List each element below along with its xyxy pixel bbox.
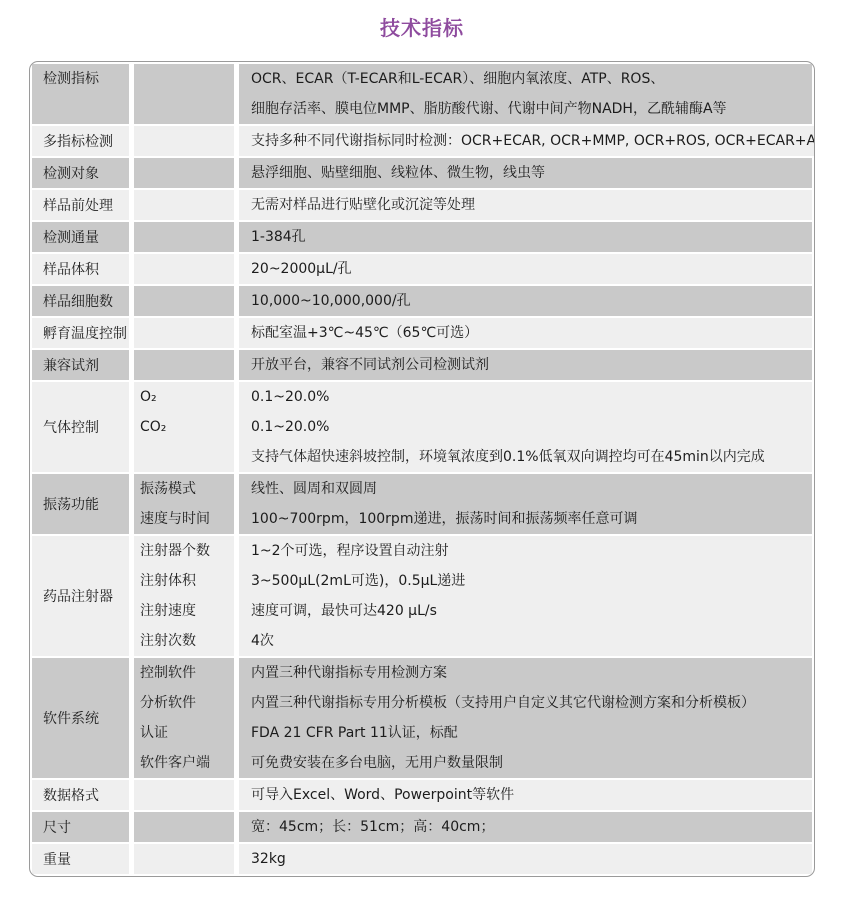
spec-row: 样品体积20~2000μL/孔 (32, 254, 812, 284)
spec-sublabel: 注射次数 (140, 626, 234, 656)
spec-value: OCR、ECAR（T-ECAR和L-ECAR）、细胞内氧浓度、ATP、ROS、 (251, 64, 812, 94)
spec-value-cell: 无需对样品进行贴壁化或沉淀等处理 (239, 190, 812, 220)
spec-table: 检测指标OCR、ECAR（T-ECAR和L-ECAR）、细胞内氧浓度、ATP、R… (29, 61, 815, 877)
spec-value: 0.1~20.0% (251, 412, 812, 442)
spec-value: 20~2000μL/孔 (251, 254, 812, 284)
spec-subcell: 控制软件分析软件认证软件客户端 (134, 658, 234, 778)
spec-row: 多指标检测支持多种不同代谢指标同时检测：OCR+ECAR, OCR+MMP, O… (32, 126, 812, 156)
spec-sublabel (140, 812, 234, 842)
spec-value: 10,000~10,000,000/孔 (251, 286, 812, 316)
spec-label: 兼容试剂 (43, 355, 99, 375)
spec-value: 4次 (251, 626, 812, 656)
spec-value-cell: 线性、圆周和双圆周100~700rpm，100rpm递进，振荡时间和振荡频率任意… (239, 474, 812, 534)
spec-sublabel: 认证 (140, 718, 234, 748)
spec-value: 线性、圆周和双圆周 (251, 474, 812, 504)
spec-subcell (134, 190, 234, 220)
spec-sublabel (140, 126, 234, 156)
spec-label: 药品注射器 (43, 586, 113, 606)
spec-row: 振荡功能振荡模式速度与时间线性、圆周和双圆周100~700rpm，100rpm递… (32, 474, 812, 534)
spec-value: 悬浮细胞、贴壁细胞、线粒体、微生物，线虫等 (251, 158, 812, 188)
spec-sublabel (140, 318, 234, 348)
spec-label: 样品细胞数 (43, 291, 113, 311)
spec-value-cell: OCR、ECAR（T-ECAR和L-ECAR）、细胞内氧浓度、ATP、ROS、细… (239, 64, 812, 124)
spec-label: 软件系统 (43, 708, 99, 728)
spec-label-cell: 孵育温度控制 (32, 318, 129, 348)
spec-label: 检测指标 (43, 64, 99, 94)
spec-row: 气体控制O₂CO₂0.1~20.0%0.1~20.0%支持气体超快速斜坡控制，环… (32, 382, 812, 472)
spec-sublabel (140, 780, 234, 810)
spec-sublabel (140, 442, 234, 472)
spec-sublabel: 注射体积 (140, 566, 234, 596)
spec-value-cell: 1~2个可选，程序设置自动注射3~500μL(2mL可选)，0.5μL递进速度可… (239, 536, 812, 656)
spec-label: 检测通量 (43, 227, 99, 247)
spec-label: 多指标检测 (43, 131, 113, 151)
spec-subcell (134, 158, 234, 188)
spec-value: 3~500μL(2mL可选)，0.5μL递进 (251, 566, 812, 596)
spec-label-cell: 多指标检测 (32, 126, 129, 156)
spec-value: 100~700rpm，100rpm递进，振荡时间和振荡频率任意可调 (251, 504, 812, 534)
spec-row: 样品前处理无需对样品进行贴壁化或沉淀等处理 (32, 190, 812, 220)
spec-sublabel (140, 844, 234, 874)
spec-value-cell: 0.1~20.0%0.1~20.0%支持气体超快速斜坡控制，环境氧浓度到0.1%… (239, 382, 812, 472)
spec-label-cell: 检测对象 (32, 158, 129, 188)
spec-value: 支持气体超快速斜坡控制，环境氧浓度到0.1%低氧双向调控均可在45min以内完成 (251, 442, 812, 472)
spec-subcell (134, 318, 234, 348)
spec-value: 开放平台，兼容不同试剂公司检测试剂 (251, 350, 812, 380)
spec-label: 振荡功能 (43, 494, 99, 514)
spec-label-cell: 样品细胞数 (32, 286, 129, 316)
spec-value-cell: 开放平台，兼容不同试剂公司检测试剂 (239, 350, 812, 380)
spec-row: 兼容试剂开放平台，兼容不同试剂公司检测试剂 (32, 350, 812, 380)
spec-value: 0.1~20.0% (251, 382, 812, 412)
spec-value-cell: 32kg (239, 844, 812, 874)
spec-sublabel: 分析软件 (140, 688, 234, 718)
spec-sublabel (140, 64, 234, 94)
spec-value: 细胞存活率、膜电位MMP、脂肪酸代谢、代谢中间产物NADH，乙酰辅酶A等 (251, 94, 812, 124)
spec-subcell: 振荡模式速度与时间 (134, 474, 234, 534)
spec-row: 样品细胞数10,000~10,000,000/孔 (32, 286, 812, 316)
spec-label-cell: 振荡功能 (32, 474, 129, 534)
spec-sublabel: 振荡模式 (140, 474, 234, 504)
spec-sublabel: 注射器个数 (140, 536, 234, 566)
spec-value: 可免费安装在多台电脑，无用户数量限制 (251, 748, 812, 778)
spec-label: 检测对象 (43, 163, 99, 183)
spec-subcell (134, 812, 234, 842)
spec-row: 检测对象悬浮细胞、贴壁细胞、线粒体、微生物，线虫等 (32, 158, 812, 188)
spec-value: 可导入Excel、Word、Powerpoint等软件 (251, 780, 812, 810)
spec-sublabel (140, 158, 234, 188)
spec-label-cell: 样品前处理 (32, 190, 129, 220)
spec-label: 样品前处理 (43, 195, 113, 215)
spec-row: 检测通量1-384孔 (32, 222, 812, 252)
spec-value: 标配室温+3℃~45℃（65℃可选） (251, 318, 812, 348)
spec-value: 内置三种代谢指标专用检测方案 (251, 658, 812, 688)
spec-label: 气体控制 (43, 417, 99, 437)
spec-label: 尺寸 (43, 817, 71, 837)
spec-sublabel (140, 222, 234, 252)
spec-row: 软件系统控制软件分析软件认证软件客户端内置三种代谢指标专用检测方案内置三种代谢指… (32, 658, 812, 778)
spec-subcell (134, 350, 234, 380)
spec-sublabel (140, 94, 234, 124)
spec-sublabel: 软件客户端 (140, 748, 234, 778)
spec-label-cell: 气体控制 (32, 382, 129, 472)
spec-value-cell: 1-384孔 (239, 222, 812, 252)
spec-subcell (134, 126, 234, 156)
spec-label: 重量 (43, 849, 71, 869)
spec-sublabel (140, 350, 234, 380)
spec-sublabel: 注射速度 (140, 596, 234, 626)
spec-row: 孵育温度控制标配室温+3℃~45℃（65℃可选） (32, 318, 812, 348)
spec-row: 药品注射器注射器个数注射体积注射速度注射次数1~2个可选，程序设置自动注射3~5… (32, 536, 812, 656)
spec-subcell: 注射器个数注射体积注射速度注射次数 (134, 536, 234, 656)
spec-subcell (134, 222, 234, 252)
spec-label-cell: 软件系统 (32, 658, 129, 778)
spec-value-cell: 宽：45cm；长：51cm；高：40cm； (239, 812, 812, 842)
spec-subcell (134, 844, 234, 874)
spec-subcell (134, 286, 234, 316)
spec-sublabel (140, 190, 234, 220)
page: 技术指标 检测指标OCR、ECAR（T-ECAR和L-ECAR）、细胞内氧浓度、… (0, 0, 844, 901)
spec-label-cell: 数据格式 (32, 780, 129, 810)
spec-label-cell: 药品注射器 (32, 536, 129, 656)
spec-value: FDA 21 CFR Part 11认证，标配 (251, 718, 812, 748)
spec-subcell (134, 780, 234, 810)
spec-label-cell: 检测指标 (32, 64, 129, 124)
spec-label-cell: 尺寸 (32, 812, 129, 842)
spec-value: 内置三种代谢指标专用分析模板（支持用户自定义其它代谢检测方案和分析模板） (251, 688, 812, 718)
spec-subcell (134, 64, 234, 124)
spec-row: 数据格式可导入Excel、Word、Powerpoint等软件 (32, 780, 812, 810)
spec-value: 32kg (251, 844, 812, 874)
page-title: 技术指标 (0, 15, 844, 42)
spec-value: 1-384孔 (251, 222, 812, 252)
spec-subcell: O₂CO₂ (134, 382, 234, 472)
spec-sublabel: CO₂ (140, 412, 234, 442)
spec-value-cell: 支持多种不同代谢指标同时检测：OCR+ECAR, OCR+MMP, OCR+RO… (239, 126, 815, 156)
spec-value: 宽：45cm；长：51cm；高：40cm； (251, 812, 812, 842)
spec-sublabel (140, 286, 234, 316)
spec-label: 数据格式 (43, 785, 99, 805)
spec-label-cell: 重量 (32, 844, 129, 874)
spec-value-cell: 标配室温+3℃~45℃（65℃可选） (239, 318, 812, 348)
spec-value: 无需对样品进行贴壁化或沉淀等处理 (251, 190, 812, 220)
spec-label: 孵育温度控制 (43, 323, 127, 343)
spec-sublabel (140, 254, 234, 284)
spec-row: 尺寸宽：45cm；长：51cm；高：40cm； (32, 812, 812, 842)
spec-value-cell: 10,000~10,000,000/孔 (239, 286, 812, 316)
spec-row: 检测指标OCR、ECAR（T-ECAR和L-ECAR）、细胞内氧浓度、ATP、R… (32, 64, 812, 124)
spec-value-cell: 悬浮细胞、贴壁细胞、线粒体、微生物，线虫等 (239, 158, 812, 188)
spec-value-cell: 20~2000μL/孔 (239, 254, 812, 284)
spec-subcell (134, 254, 234, 284)
spec-label-cell: 兼容试剂 (32, 350, 129, 380)
spec-sublabel: 控制软件 (140, 658, 234, 688)
spec-sublabel: O₂ (140, 382, 234, 412)
spec-label: 样品体积 (43, 259, 99, 279)
spec-label-cell: 检测通量 (32, 222, 129, 252)
spec-value: 支持多种不同代谢指标同时检测：OCR+ECAR, OCR+MMP, OCR+RO… (251, 126, 815, 156)
spec-row: 重量32kg (32, 844, 812, 874)
spec-label-cell: 样品体积 (32, 254, 129, 284)
spec-value-cell: 可导入Excel、Word、Powerpoint等软件 (239, 780, 812, 810)
spec-sublabel: 速度与时间 (140, 504, 234, 534)
spec-value-cell: 内置三种代谢指标专用检测方案内置三种代谢指标专用分析模板（支持用户自定义其它代谢… (239, 658, 812, 778)
spec-value: 速度可调，最快可达420 μL/s (251, 596, 812, 626)
spec-value: 1~2个可选，程序设置自动注射 (251, 536, 812, 566)
